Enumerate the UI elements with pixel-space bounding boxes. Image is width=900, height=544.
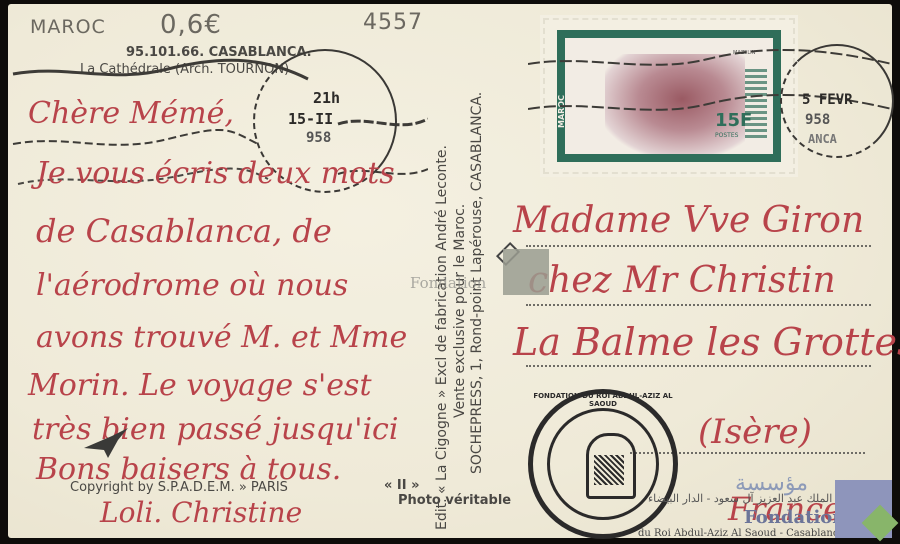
address-line: (Isère) bbox=[698, 412, 812, 452]
watermark-arabic-subtitle: الملك عبد العزيز آل سعود - الدار البيضاء bbox=[648, 492, 832, 505]
green-star-icon bbox=[862, 505, 899, 542]
message-line: Chère Mémé, bbox=[28, 96, 234, 131]
publisher-line1: Edit. « La Cigogne » Excl de fabrication… bbox=[434, 145, 450, 530]
watermark-latin-subtitle: du Roi Abdul-Aziz Al Saoud - Casablanca bbox=[638, 528, 844, 539]
address-line-rule bbox=[526, 245, 871, 247]
copyright-text: Copyright by S.P.A.D.E.M. » PARIS bbox=[70, 480, 288, 495]
postmark-right-date: 5 FEVR bbox=[802, 92, 853, 108]
postmark-left-year: 958 bbox=[306, 130, 331, 146]
postcard-back: MAROC 0,6€ 4557 95.101.66. CASABLANCA. L… bbox=[8, 4, 892, 538]
photo-label: Photo véritable bbox=[398, 493, 511, 508]
pencil-price: 0,6€ bbox=[160, 10, 222, 40]
postmark-right-year: 958 bbox=[805, 112, 830, 128]
seal-star-emblem-icon bbox=[594, 455, 624, 485]
address-line: chez Mr Christin bbox=[528, 260, 836, 301]
address-line-rule bbox=[526, 365, 871, 367]
series-mark: « II » bbox=[384, 478, 420, 493]
seal-text: FONDATION DU ROI ABDUL-AZIZ AL SAOUD bbox=[533, 392, 673, 408]
pencil-ref-number: 4557 bbox=[363, 10, 423, 35]
message-line: Je vous écris deux mots bbox=[36, 156, 395, 191]
stork-logo-icon bbox=[82, 424, 132, 464]
foundation-seal: FONDATION DU ROI ABDUL-AZIZ AL SAOUD bbox=[528, 389, 678, 539]
postmark-left-time: 21h bbox=[313, 89, 340, 107]
address-line: Madame Vve Giron bbox=[513, 200, 864, 241]
message-line: Morin. Le voyage s'est bbox=[28, 368, 372, 403]
message-line: l'aérodrome où nous bbox=[36, 268, 348, 303]
watermark-center-latin: Fondation bbox=[410, 274, 486, 292]
signature: Loli. Christine bbox=[100, 496, 302, 529]
address-line-rule bbox=[526, 304, 871, 306]
watermark-logo-center bbox=[503, 249, 549, 295]
pencil-country: MAROC bbox=[30, 16, 106, 38]
publisher-line2: Vente exclusive pour le Maroc. bbox=[452, 204, 468, 418]
postmark-right-city: ANCA bbox=[808, 132, 837, 146]
message-line: de Casablanca, de bbox=[36, 212, 332, 250]
watermark-logo-corner bbox=[835, 480, 892, 538]
message-line: avons trouvé M. et Mme bbox=[36, 320, 407, 355]
watermark-latin-title: Fondation bbox=[744, 507, 845, 528]
address-line: La Balme les Grottes bbox=[513, 320, 900, 364]
postmark-left-date: 15-II bbox=[288, 110, 333, 128]
